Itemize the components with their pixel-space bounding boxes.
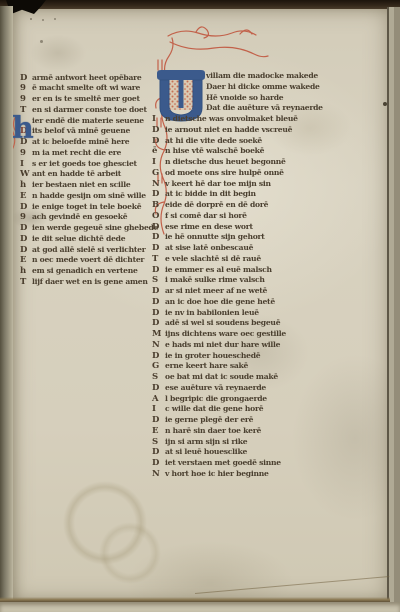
manuscript-photo: Darmē antwort heet opēbare9ē macht smelt… — [0, 0, 400, 612]
line-text: ese rime en dese wort — [165, 222, 253, 233]
line-text: erne keert hare sakē — [165, 361, 248, 372]
line-text: ijns dichtens ware oec gestille — [165, 329, 286, 340]
line-text: ijn si arm sijn si rike — [165, 437, 247, 448]
line-initial: D — [152, 125, 165, 136]
line-text: en si darmer conste toe doet — [32, 105, 147, 116]
manuscript-line: En harē sin daer toe kerē — [152, 426, 342, 437]
line-text: ar si niet meer af ne wetē — [165, 286, 267, 297]
line-initial: G — [152, 361, 165, 372]
underlying-page-edge — [0, 602, 400, 612]
line-text: s er iet goeds toe ghesciet — [32, 159, 137, 170]
manuscript-line: hem si genadich en vertene — [20, 266, 158, 277]
line-initial: 9 — [20, 94, 32, 105]
line-text: ie gerne plegē der erē — [165, 415, 253, 426]
prick-mark — [30, 18, 32, 20]
manuscript-line: 9er en is te smeltē mer goet — [20, 94, 158, 105]
manuscript-line: Is er iet goeds toe ghesciet — [20, 159, 158, 170]
line-text: i makē sulke rime valsch — [165, 275, 265, 286]
line-text: od moete ons sire hulpē onnē — [165, 168, 284, 179]
binding-shadow-top — [0, 0, 400, 9]
line-initial: S — [152, 275, 165, 286]
manuscript-page: Darmē antwort heet opēbare9ē macht smelt… — [10, 8, 388, 602]
line-initial: S — [152, 437, 165, 448]
manuscript-line: Ne hads mi niet dur hare wille — [152, 340, 342, 351]
line-text: f si comē dar si horē — [165, 211, 247, 222]
line-initial: D — [152, 458, 165, 469]
manuscript-line: Beide dē dorprē en dē dorē — [152, 200, 342, 211]
line-initial: D — [152, 351, 165, 362]
illuminated-initial-h: h — [12, 112, 42, 150]
manuscript-line: In dietsche dus heuet begonnē — [152, 157, 342, 168]
line-initial: D — [152, 243, 165, 254]
manuscript-line: God moete ons sire hulpē onnē — [152, 168, 342, 179]
page-fore-edge — [387, 7, 400, 612]
line-text: n dietsche dus heuet begonnē — [165, 157, 286, 168]
line-text: eide dē dorprē en dē dorē — [165, 200, 268, 211]
line-text: n oec mede voert dē dichter — [32, 255, 144, 266]
line-initial: D — [152, 447, 165, 458]
manuscript-line: Hē vnoide so harde — [152, 93, 342, 104]
line-initial: A — [152, 394, 165, 405]
manuscript-line: Want en hadde tē arbeit — [20, 169, 158, 180]
manuscript-line: En oec mede voert dē dichter — [20, 255, 158, 266]
page-gutter-edge — [0, 6, 13, 612]
manuscript-line: Si makē sulke rime valsch — [152, 275, 342, 286]
manuscript-line: ēn hise vtē walschē boekē — [152, 146, 342, 157]
line-text: ier endē die materie seuene — [32, 116, 144, 127]
manuscript-line: Dan ic doe hoe die gene hetē — [152, 297, 342, 308]
line-text: ie emmer es al euē malsch — [165, 265, 272, 276]
line-initial: N — [152, 179, 165, 190]
manuscript-line: Dat si leuē houesclike — [152, 447, 342, 458]
line-initial: D — [152, 286, 165, 297]
manuscript-line: Dadē si wel si soudens begeuē — [152, 318, 342, 329]
line-text: at ic beloefde minē here — [32, 137, 129, 148]
manuscript-line: Mijns dichtens ware oec gestille — [152, 329, 342, 340]
line-initial: D — [20, 234, 32, 245]
manuscript-line: Dese rime en dese wort — [152, 222, 342, 233]
line-initial: E — [152, 426, 165, 437]
left-text-column: Darmē antwort heet opēbare9ē macht smelt… — [20, 73, 158, 288]
line-text: iet verstaen met goedē sinne — [165, 458, 281, 469]
manuscript-line: En hadde gesijn om sinē wille — [20, 191, 158, 202]
line-text: villam die madocke makede — [206, 71, 318, 82]
line-initial: S — [152, 372, 165, 383]
manuscript-line: Die dit selue dichtē dede — [20, 234, 158, 245]
line-text: at ic bidde in dit begin — [165, 189, 256, 200]
manuscript-line: Dien werde gegeuē sine ghebede — [20, 223, 158, 234]
line-initial: D — [152, 318, 165, 329]
line-text: ie hē onnutte sijn gehort — [165, 232, 265, 243]
line-initial: B — [152, 200, 165, 211]
line-initial: D — [20, 245, 32, 256]
manuscript-line: Gerne keert hare sakē — [152, 361, 342, 372]
manuscript-line: Dese auēture vā reynaerde — [152, 383, 342, 394]
line-text: its belof vā minē geuene — [32, 126, 130, 137]
line-text: ie arnout niet en hadde vscreuē — [165, 125, 292, 136]
line-text: armē antwort heet opēbare — [32, 73, 142, 84]
line-initial: 9 — [20, 83, 32, 94]
line-text: lijf daer wet en is gene amen — [32, 277, 148, 288]
right-text-column: villam die madocke makedeDaer hi dicke o… — [152, 71, 342, 480]
manuscript-line: Die in groter houeschedē — [152, 351, 342, 362]
manuscript-line: hier bestaen niet en scille — [20, 180, 158, 191]
line-text: Hē vnoide so harde — [206, 93, 283, 104]
line-text: at sise latē onbescauē — [165, 243, 253, 254]
line-initial: h — [20, 180, 32, 191]
line-text: c wille dat die gene horē — [165, 404, 263, 415]
line-initial: D — [20, 73, 32, 84]
line-text: n dietsche was onvolmaket bleuē — [165, 114, 298, 125]
line-text: oe bat mi dat ic soude makē — [165, 372, 278, 383]
line-initial: T — [152, 254, 165, 265]
manuscript-line: Die nv in babilonien leuē — [152, 308, 342, 319]
manuscript-line: Soe bat mi dat ic soude makē — [152, 372, 342, 383]
line-text: n hadde gesijn om sinē wille — [32, 191, 146, 202]
line-initial: G — [152, 168, 165, 179]
prick-mark — [54, 18, 56, 20]
line-text: ie dit selue dichtē dede — [32, 234, 125, 245]
manuscript-line: Dar si niet meer af ne wetē — [152, 286, 342, 297]
line-initial: D — [152, 232, 165, 243]
manuscript-line: Nv hort hoe ic hier beginne — [152, 469, 342, 480]
line-text: at hi die vite dede soekē — [165, 136, 262, 147]
line-text: e hads mi niet dur hare wille — [165, 340, 280, 351]
manuscript-line: Die gerne plegē der erē — [152, 415, 342, 426]
line-text: v hort hoe ic hier beginne — [165, 469, 269, 480]
line-text: l begripic die grongaerde — [165, 394, 267, 405]
line-text: ē macht smelte oft wi ware — [32, 83, 140, 94]
line-text: Dat die auēture vā reynaerde — [206, 103, 323, 114]
manuscript-line: Diet verstaen met goedē sinne — [152, 458, 342, 469]
line-initial: D — [152, 415, 165, 426]
line-text: adē si wel si soudens begeuē — [165, 318, 280, 329]
line-initial: ē — [152, 146, 165, 157]
manuscript-line: Darmē antwort heet opēbare — [20, 73, 158, 84]
manuscript-line: villam die madocke makede — [152, 71, 342, 82]
line-initial: 9 — [20, 212, 32, 223]
line-text: at god allē sielē si verlichter — [32, 245, 145, 256]
line-initial: D — [152, 189, 165, 200]
manuscript-line: Dat ic bidde in dit begin — [152, 189, 342, 200]
line-initial: D — [152, 136, 165, 147]
line-initial: N — [152, 469, 165, 480]
line-initial: D — [152, 222, 165, 233]
line-initial: D — [152, 265, 165, 276]
line-text: ien werde gegeuē sine ghebede — [32, 223, 158, 234]
manuscript-line: Dat sise latē onbescauē — [152, 243, 342, 254]
line-initial: I — [152, 157, 165, 168]
manuscript-line: Of si comē dar si horē — [152, 211, 342, 222]
line-text: em si genadich en vertene — [32, 266, 138, 277]
line-initial: D — [152, 297, 165, 308]
line-text: ier bestaen niet en scille — [32, 180, 130, 191]
line-text: v keert hē dar toe mijn sin — [165, 179, 271, 190]
line-initial: M — [152, 329, 165, 340]
line-initial: T — [20, 277, 32, 288]
manuscript-line: Dat die auēture vā reynaerde — [152, 103, 342, 114]
line-text: Daer hi dicke omme wakede — [206, 82, 320, 93]
line-initial: D — [152, 383, 165, 394]
line-text: e vele slachtē si dē rauē — [165, 254, 261, 265]
manuscript-line: In dietsche was onvolmaket bleuē — [152, 114, 342, 125]
manuscript-line: Die enige toget in tele boekē — [20, 202, 158, 213]
manuscript-line: Al begripic die grongaerde — [152, 394, 342, 405]
manuscript-line: Ic wille dat die gene horē — [152, 404, 342, 415]
manuscript-line: 9ach gevindē en gesoekē — [20, 212, 158, 223]
line-text: ie in groter houeschedē — [165, 351, 260, 362]
manuscript-line: Sijn si arm sijn si rike — [152, 437, 342, 448]
line-text: ie enige toget in tele boekē — [32, 202, 141, 213]
line-initial: O — [152, 211, 165, 222]
line-initial: E — [20, 191, 32, 202]
line-initial: D — [152, 308, 165, 319]
line-initial: D — [20, 202, 32, 213]
line-text: n hise vtē walschē boekē — [165, 146, 264, 157]
line-initial: D — [20, 223, 32, 234]
manuscript-line: Te vele slachtē si dē rauē — [152, 254, 342, 265]
manuscript-line: 9ē macht smelte oft wi ware — [20, 83, 158, 94]
line-text: ie nv in babilonien leuē — [165, 308, 259, 319]
line-text: ant en hadde tē arbeit — [32, 169, 121, 180]
line-initial: h — [20, 266, 32, 277]
line-initial: W — [20, 169, 32, 180]
manuscript-line: Dat hi die vite dede soekē — [152, 136, 342, 147]
manuscript-line: Tlijf daer wet en is gene amen — [20, 277, 158, 288]
manuscript-line: Die emmer es al euē malsch — [152, 265, 342, 276]
ink-speck — [383, 102, 387, 106]
line-text: at si leuē houesclike — [165, 447, 247, 458]
line-initial: I — [152, 404, 165, 415]
manuscript-line: Dat god allē sielē si verlichter — [20, 245, 158, 256]
manuscript-line: Daer hi dicke omme wakede — [152, 82, 342, 93]
manuscript-line: Nv keert hē dar toe mijn sin — [152, 179, 342, 190]
line-initial: E — [20, 255, 32, 266]
line-text: er en is te smeltē mer goet — [32, 94, 140, 105]
ink-speck — [40, 40, 43, 43]
line-text: ach gevindē en gesoekē — [32, 212, 127, 223]
manuscript-line: Die arnout niet en hadde vscreuē — [152, 125, 342, 136]
line-initial: I — [20, 159, 32, 170]
line-initial: I — [152, 114, 165, 125]
prick-mark — [42, 19, 44, 21]
line-initial: N — [152, 340, 165, 351]
line-text: an ic doe hoe die gene hetē — [165, 297, 275, 308]
line-text: ese auēture vā reynaerde — [165, 383, 266, 394]
line-text: n harē sin daer toe kerē — [165, 426, 261, 437]
manuscript-line: Die hē onnutte sijn gehort — [152, 232, 342, 243]
